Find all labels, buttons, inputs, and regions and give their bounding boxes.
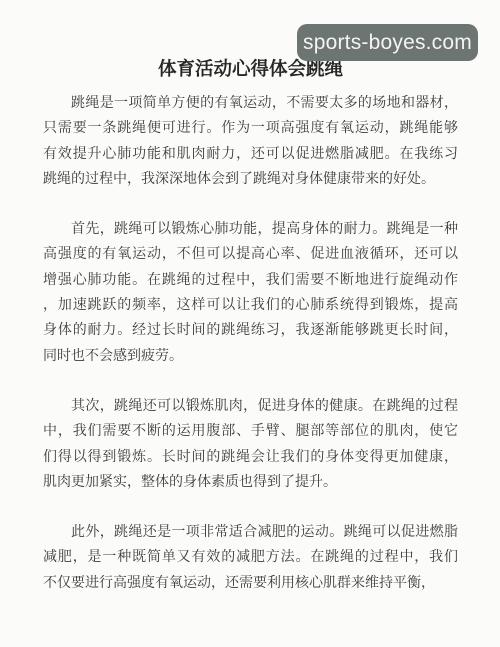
paragraph-line: 同时也不会感到疲劳。 bbox=[43, 344, 458, 369]
paragraph-line: 高强度的有氧运动，不但可以提高心率、促进血液循环，还可以 bbox=[43, 242, 458, 267]
paragraph-line: 减肥，是一种既简单又有效的减肥方法。在跳绳的过程中，我们 bbox=[43, 545, 458, 570]
paragraph-line: 身体的耐力。经过长时间的跳绳练习，我逐渐能够跳更长时间， bbox=[43, 318, 458, 343]
paragraph-line: 肌肉更加紧实，整体的身体素质也得到了提升。 bbox=[43, 470, 458, 495]
paragraph-line: 只需要一条跳绳便可进行。作为一项高强度有氧运动，跳绳能够 bbox=[43, 116, 458, 141]
paragraph-line: 此外，跳绳还是一项非常适合减肥的运动。跳绳可以促进燃脂 bbox=[43, 520, 458, 545]
paragraph-line: 中，我们需要不断的运用腹部、手臂、腿部等部位的肌肉，使它 bbox=[43, 419, 458, 444]
paragraph-line: 其次，跳绳还可以锻炼肌肉，促进身体的健康。在跳绳的过程 bbox=[43, 394, 458, 419]
paragraph-line: 们得以得到锻炼。长时间的跳绳会让我们的身体变得更加健康， bbox=[43, 445, 458, 470]
paragraph-1: 跳绳是一项简单方便的有氧运动，不需要太多的场地和器材， 只需要一条跳绳便可进行。… bbox=[43, 91, 458, 192]
paragraph-line: ，加速跳跃的频率，这样可以让我们的心肺系统得到锻炼，提高 bbox=[43, 293, 458, 318]
paragraph-line: 跳绳是一项简单方便的有氧运动，不需要太多的场地和器材， bbox=[43, 91, 458, 116]
paragraph-line: 增强心肺功能。在跳绳的过程中，我们需要不断地进行旋绳动作 bbox=[43, 268, 458, 293]
document-page: sports-boyes.com 体育活动心得体会跳绳 跳绳是一项简单方便的有氧… bbox=[0, 0, 500, 647]
paragraph-2: 首先，跳绳可以锻炼心肺功能，提高身体的耐力。跳绳是一种 高强度的有氧运动，不但可… bbox=[43, 217, 458, 369]
paragraph-3: 其次，跳绳还可以锻炼肌肉，促进身体的健康。在跳绳的过程 中，我们需要不断的运用腹… bbox=[43, 394, 458, 495]
paragraph-line: 跳绳的过程中，我深深地体会到了跳绳对身体健康带来的好处。 bbox=[43, 167, 458, 192]
paragraph-line: 有效提升心肺功能和肌肉耐力，还可以促进燃脂减肥。在我练习 bbox=[43, 142, 458, 167]
paragraph-line: 首先，跳绳可以锻炼心肺功能，提高身体的耐力。跳绳是一种 bbox=[43, 217, 458, 242]
paragraph-line: 不仅要进行高强度有氧运动，还需要利用核心肌群来维持平衡， bbox=[43, 571, 458, 596]
watermark-text: sports-boyes.com bbox=[303, 32, 472, 53]
watermark-badge: sports-boyes.com bbox=[297, 24, 478, 61]
paragraph-4: 此外，跳绳还是一项非常适合减肥的运动。跳绳可以促进燃脂 减肥，是一种既简单又有效… bbox=[43, 520, 458, 596]
